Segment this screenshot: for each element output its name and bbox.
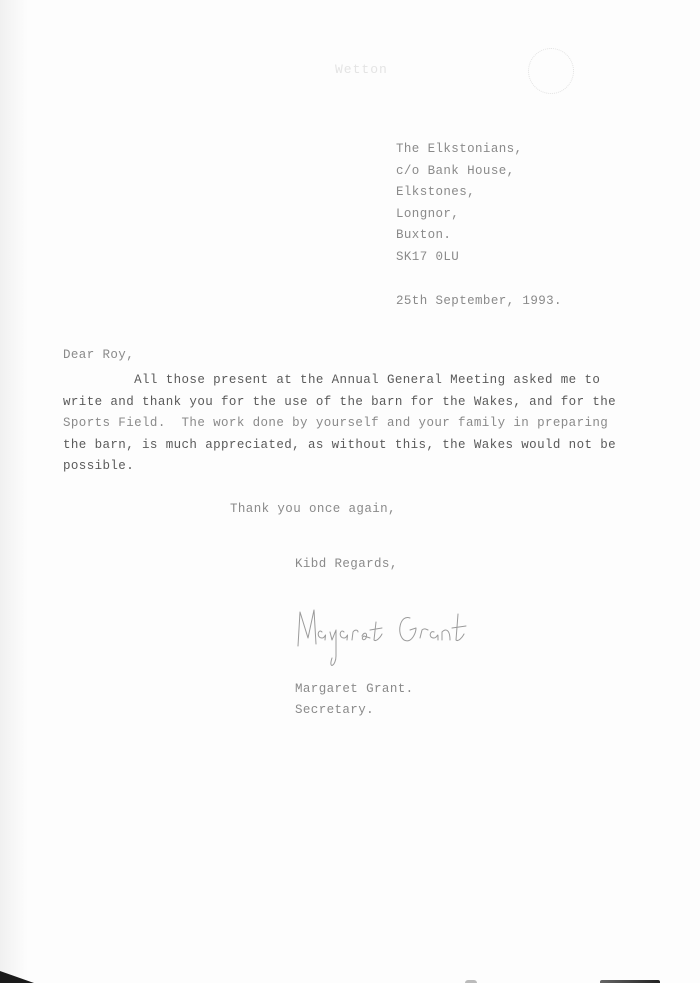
regards-line: Kibd Regards,: [295, 557, 398, 571]
sender-address: The Elkstonians, c/o Bank House, Elkston…: [396, 139, 522, 269]
letter-date: 25th September, 1993.: [396, 294, 562, 308]
body-line: All those present at the Annual General …: [63, 370, 663, 392]
address-line: The Elkstonians,: [396, 139, 522, 161]
bleed-through-header: Wetton: [335, 62, 388, 77]
scan-edge-shadow: [0, 971, 34, 983]
letter-page: Wetton The Elkstonians, c/o Bank House, …: [0, 0, 700, 983]
address-line: Longnor,: [396, 204, 522, 226]
signer-name: Margaret Grant.: [295, 682, 414, 696]
signer-title: Secretary.: [295, 703, 374, 717]
body-line: Sports Field. The work done by yourself …: [63, 413, 663, 435]
address-line: SK17 0LU: [396, 247, 522, 269]
bleed-through-seal-icon: [528, 48, 574, 94]
handwritten-signature: [292, 598, 482, 678]
address-line: c/o Bank House,: [396, 161, 522, 183]
closing-line: Thank you once again,: [230, 502, 396, 516]
salutation: Dear Roy,: [63, 348, 134, 362]
address-line: Buxton.: [396, 225, 522, 247]
body-line: the barn, is much appreciated, as withou…: [63, 435, 663, 457]
body-line: possible.: [63, 456, 663, 478]
letter-body: All those present at the Annual General …: [63, 370, 663, 478]
body-line: write and thank you for the use of the b…: [63, 392, 663, 414]
address-line: Elkstones,: [396, 182, 522, 204]
